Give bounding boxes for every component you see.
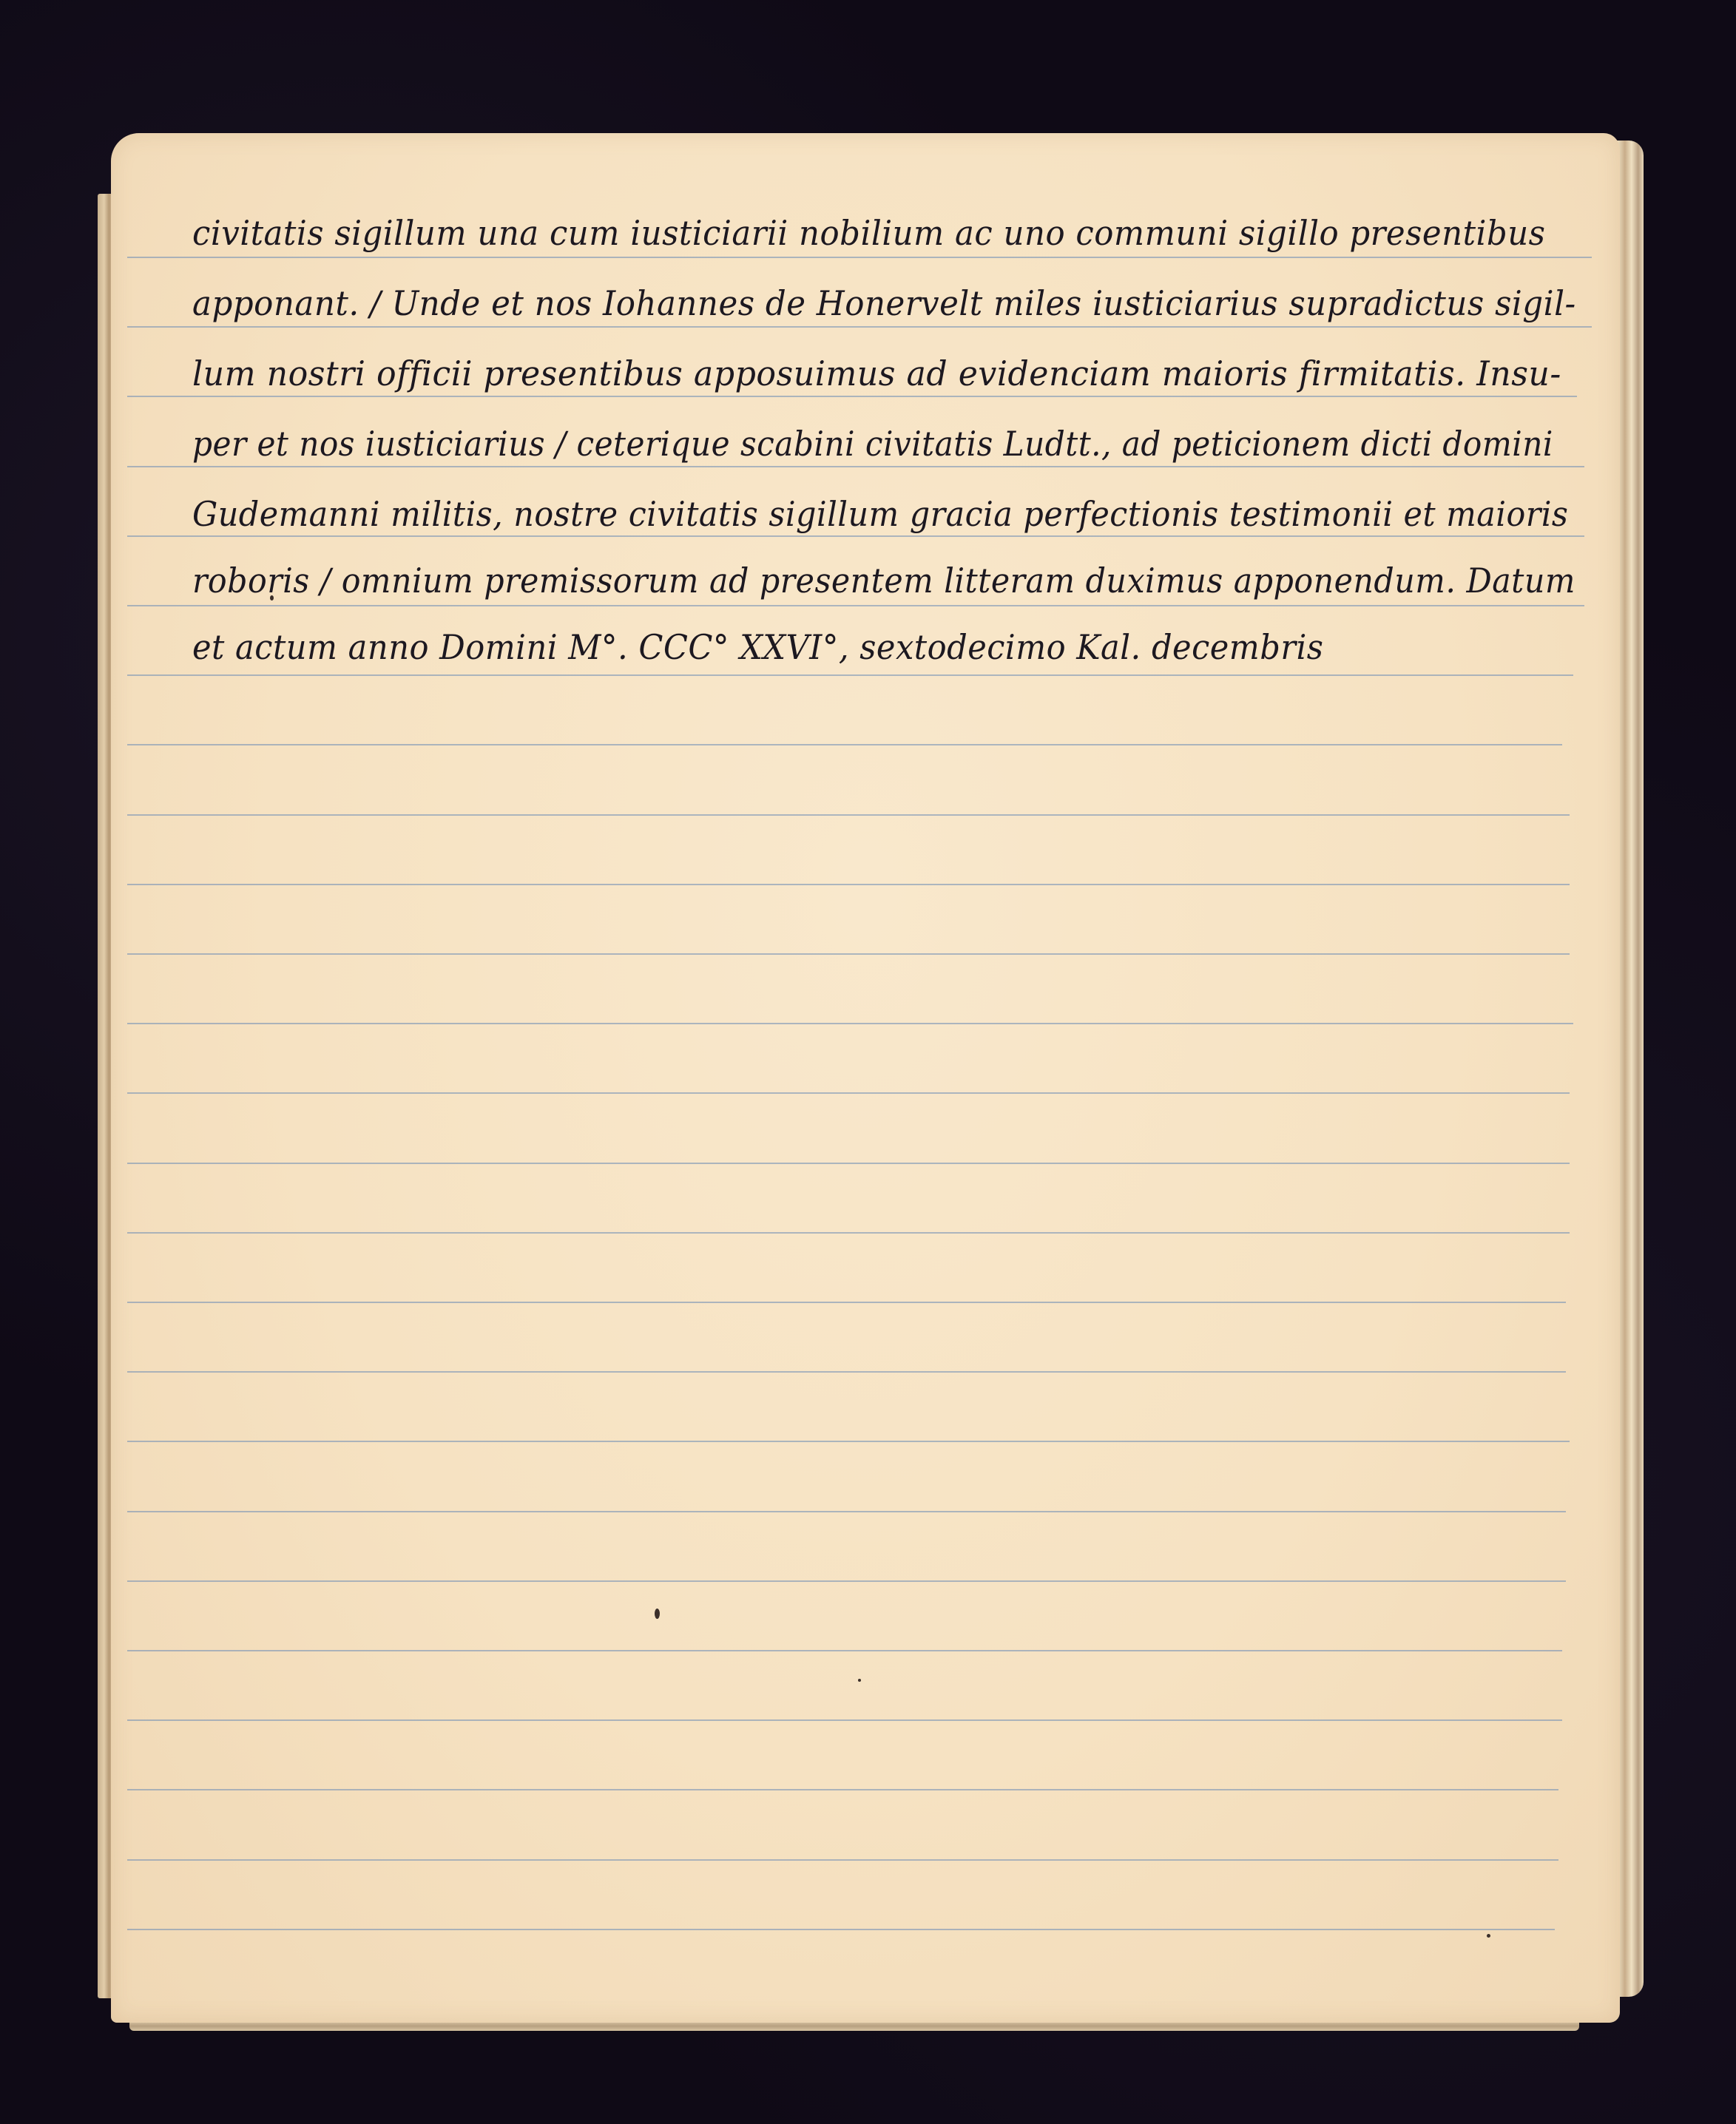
ruled-line [127,1163,1570,1164]
paper-speck [858,1679,861,1682]
ruled-line [127,953,1570,955]
ruled-line [127,1789,1558,1790]
ruled-line [127,674,1573,676]
ruled-line [127,326,1592,328]
ruled-line [127,1232,1570,1234]
ruled-line [127,1719,1562,1721]
ruled-line [127,1023,1573,1024]
ruled-line [127,605,1584,606]
handwritten-line-6: roboris / omnium premissorum ad presente… [192,561,1575,601]
handwritten-line-4: per et nos iusticiarius / ceterique scab… [192,424,1553,464]
paper-speck [655,1609,660,1619]
paper-speck [270,595,274,601]
ruled-line [127,744,1562,745]
ruled-line [127,1650,1562,1651]
page-stack-right-edge [1617,141,1644,1997]
paper-speck [1487,1934,1490,1938]
ruled-line [127,1371,1566,1373]
ruled-line [127,814,1570,816]
ruled-line [127,1302,1566,1303]
ruled-line [127,1859,1558,1861]
ruled-line [127,466,1584,467]
handwritten-line-5: Gudemanni militis, nostre civitatis sigi… [192,494,1568,534]
handwritten-line-1: civitatis sigillum una cum iusticiarii n… [192,213,1545,253]
ruled-line [127,884,1570,885]
ruled-line [127,535,1584,537]
ruled-line [127,1441,1570,1442]
handwritten-line-2: apponant. / Unde et nos Iohannes de Hone… [192,283,1576,323]
ruled-line [127,1511,1566,1512]
ruled-line [127,396,1577,397]
handwritten-line-7: et actum anno Domini M°. CCC° XXVI°, sex… [192,627,1323,667]
ruled-line [127,1929,1555,1930]
notebook-page: civitatis sigillum una cum iusticiarii n… [111,133,1620,2023]
handwritten-line-3: lum nostri officii presentibus apposuimu… [192,354,1561,393]
ruled-line [127,1092,1570,1094]
ruled-line [127,1580,1566,1582]
ruled-line [127,257,1592,258]
